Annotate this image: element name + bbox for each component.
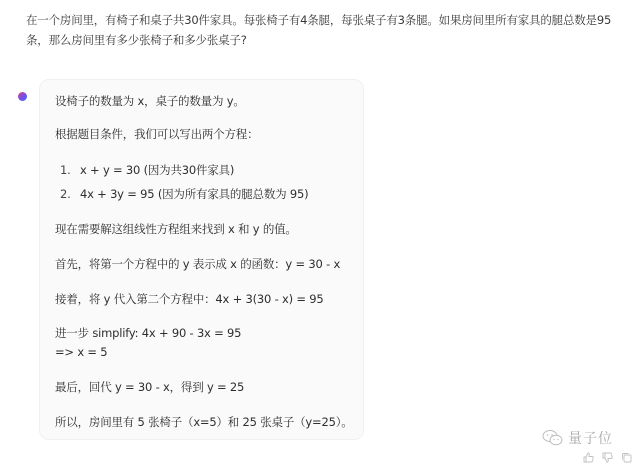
thumbs-down-icon[interactable]	[602, 448, 613, 459]
thumbs-up-icon[interactable]	[583, 448, 594, 459]
answer-intro: 设椅子的数量为 x，桌子的数量为 y。	[55, 93, 245, 109]
answer-solve-label: 现在需要解这组线性方程组来找到 x 和 y 的值。	[55, 221, 297, 237]
equation-number: 1.	[60, 163, 80, 177]
answer-step-3a: 进一步 simplify: 4x + 90 - 3x = 95	[55, 325, 241, 341]
answer-step-1: 首先，将第一个方程中的 y 表示成 x 的函数：y = 30 - x	[55, 256, 340, 272]
answer-step-2: 接着，将 y 代入第二个方程中：4x + 3(30 - x) = 95	[55, 291, 323, 307]
watermark: 量子位	[542, 428, 613, 448]
answer-step-3b: => x = 5	[55, 345, 107, 359]
equation-text: 4x + 3y = 95 (因为所有家具的腿总数为 95)	[80, 187, 308, 201]
answer-conditions-label: 根据题目条件，我们可以写出两个方程：	[55, 126, 258, 142]
watermark-text: 量子位	[568, 428, 613, 448]
answer-conclusion: 所以，房间里有 5 张椅子（x=5）和 25 张桌子（y=25）。	[55, 414, 353, 430]
wechat-icon	[542, 429, 564, 447]
copy-icon[interactable]	[621, 448, 632, 459]
feedback-bar	[583, 448, 632, 459]
equation-text: x + y = 30 (因为共30件家具)	[80, 163, 234, 177]
equation-item-2: 2.4x + 3y = 95 (因为所有家具的腿总数为 95)	[60, 186, 308, 202]
assistant-answer-card: 设椅子的数量为 x，桌子的数量为 y。 根据题目条件，我们可以写出两个方程： 1…	[39, 79, 364, 440]
assistant-avatar-icon	[18, 92, 27, 101]
answer-step-4: 最后，回代 y = 30 - x，得到 y = 25	[55, 379, 244, 395]
equation-item-1: 1.x + y = 30 (因为共30件家具)	[60, 162, 234, 178]
equation-number: 2.	[60, 187, 80, 201]
user-question: 在一个房间里，有椅子和桌子共30件家具。每张椅子有4条腿，每张桌子有3条腿。如果…	[26, 10, 626, 50]
